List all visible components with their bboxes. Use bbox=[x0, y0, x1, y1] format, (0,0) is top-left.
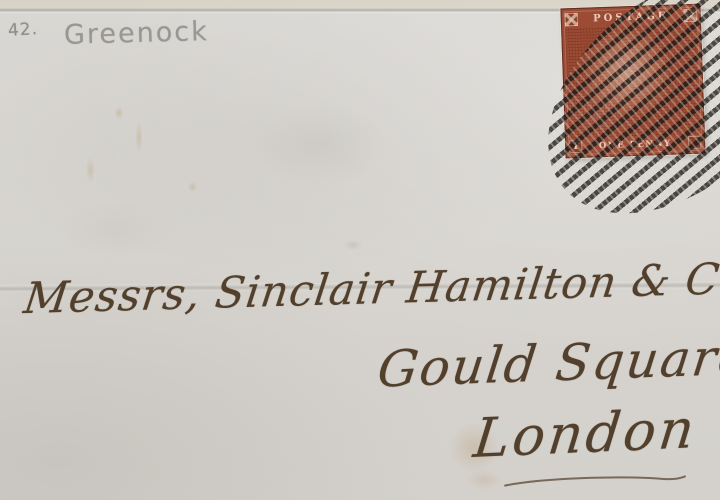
london-underline-flourish bbox=[502, 470, 688, 491]
envelope-cover: 42. Greenock Messrs, Sinclair Hamilton &… bbox=[0, 0, 720, 500]
barred-numeral-cancel bbox=[503, 0, 720, 261]
paper-smudge bbox=[230, 90, 410, 200]
paper-smudge bbox=[40, 190, 190, 270]
pencil-annotation-greenock: Greenock bbox=[64, 16, 210, 51]
address-line-street: Gould Square bbox=[375, 327, 720, 398]
star-corner-icon bbox=[565, 13, 578, 26]
foxing-stain bbox=[113, 104, 125, 122]
address-line-city: London bbox=[470, 397, 700, 470]
pencil-number: 42. bbox=[7, 19, 38, 41]
foxing-stain bbox=[84, 152, 97, 188]
foxing-stain bbox=[134, 116, 144, 158]
foxing-stain bbox=[186, 180, 199, 194]
foxing-stain bbox=[340, 238, 366, 252]
